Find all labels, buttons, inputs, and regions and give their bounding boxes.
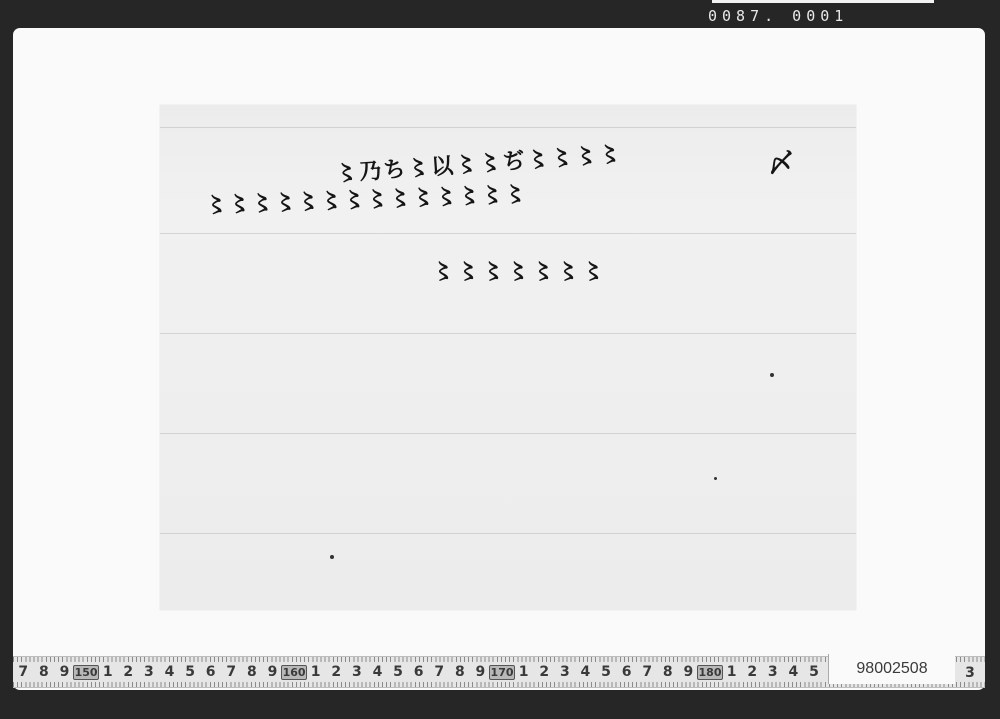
ink-speck [770, 373, 774, 377]
ruler-label: 1 [513, 664, 534, 680]
ruler-label: 3 [347, 664, 368, 680]
header-edge [712, 0, 934, 3]
fold-line [160, 127, 856, 128]
ruler-label: 7 [637, 664, 658, 680]
handwritten-mark: 〆 [768, 143, 794, 180]
ruler-label: 5 [180, 664, 201, 680]
fold-line [160, 233, 856, 234]
ruler-label: 5 [388, 664, 409, 680]
ruler-label: 8 [450, 664, 471, 680]
ruler-label: 4 [783, 664, 804, 680]
ruler-label: 9 [470, 664, 491, 680]
ruler-label: 7 [429, 664, 450, 680]
ruler-label: 3 [555, 664, 576, 680]
fold-line [160, 333, 856, 334]
ruler-label: 1 [97, 664, 118, 680]
ruler-major-label: 170 [489, 665, 515, 680]
ruler-major-label: 150 [73, 665, 99, 680]
ruler-label: 2 [534, 664, 555, 680]
ruler-end-label: 3 [955, 665, 985, 681]
ruler-label: 1 [305, 664, 326, 680]
ruler-label: 8 [658, 664, 679, 680]
ruler-label: 8 [34, 664, 55, 680]
ruler-label: 7 [221, 664, 242, 680]
handwritten-line-3: 〻〻〻〻〻〻〻 [432, 255, 607, 286]
ink-speck [330, 555, 334, 559]
ruler-label: 9 [54, 664, 75, 680]
document-sheet: 〆 〻乃ち〻以〻〻ぢ〻〻〻〻 〻〻〻〻〻〻〻〻〻〻〻〻〻〻 〻〻〻〻〻〻〻 [160, 105, 856, 610]
ruler-label: 6 [616, 664, 637, 680]
ruler-labels: 7 8 9 150 1 2 3 4 5 6 7 8 9 160 1 2 3 4 … [13, 663, 845, 681]
ruler-label: 1 [721, 664, 742, 680]
frame-code: 0087. 0001 [708, 7, 848, 25]
ruler-label: 2 [326, 664, 347, 680]
fold-line [160, 533, 856, 534]
ruler-label: 6 [200, 664, 221, 680]
ruler-label: 9 [678, 664, 699, 680]
ruler-label: 9 [262, 664, 283, 680]
handwritten-line-2: 〻〻〻〻〻〻〻〻〻〻〻〻〻〻 [205, 177, 528, 219]
fold-line [160, 433, 856, 434]
ruler-major-label: 160 [281, 665, 307, 680]
ruler-label: 4 [159, 664, 180, 680]
ink-speck [714, 477, 717, 480]
ruler-label: 8 [242, 664, 263, 680]
ruler-label: 2 [742, 664, 763, 680]
ruler-label: 5 [596, 664, 617, 680]
ruler-label: 3 [763, 664, 784, 680]
catalog-id-label: 98002508 [828, 654, 955, 684]
ruler-major-label: 180 [697, 665, 723, 680]
ruler-label: 4 [367, 664, 388, 680]
ruler-label: 4 [575, 664, 596, 680]
scanner-header-strip: 0087. 0001 [0, 0, 1000, 30]
ruler-label: 6 [408, 664, 429, 680]
ruler-label: 2 [118, 664, 139, 680]
ruler-label: 5 [804, 664, 825, 680]
ruler-label: 3 [139, 664, 160, 680]
ruler-label: 7 [13, 664, 34, 680]
